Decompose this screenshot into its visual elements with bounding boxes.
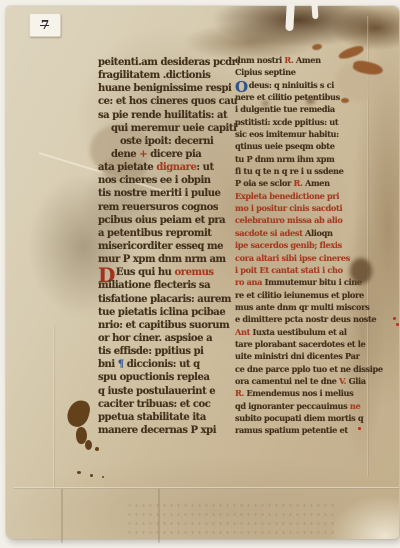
text-segment: qui meremur ueie capiti xyxy=(111,123,236,134)
text-line: ppetua stabilitate ita xyxy=(98,412,240,425)
ink-blot xyxy=(85,440,92,450)
text-line: Ant Iuxta uestibulum et al xyxy=(235,327,363,339)
text-segment: Cipius septine xyxy=(235,67,296,77)
text-segment: mus ante dnm qr multi miscors xyxy=(235,302,369,312)
text-line: ro ana Immutemur bitu i cine xyxy=(235,277,363,289)
text-segment: ata pietate xyxy=(98,162,156,173)
ink-blot xyxy=(65,398,92,429)
text-line: or hor ciner. aspsioe a xyxy=(98,333,240,346)
text-segment: tu P dnm nrm ihm xpm xyxy=(235,154,334,164)
text-line: P oia se sclor R. Amen xyxy=(235,178,363,190)
text-segment: mo i positur cinis sacdoti xyxy=(235,203,342,213)
text-segment: huane benignissime respi xyxy=(98,83,231,94)
text-segment: tue pietatis iclina pcibae xyxy=(98,307,225,318)
text-line: e dimittere pcta nostr deus noste xyxy=(235,314,363,326)
text-segment: ce dne parce pplo tuo et ne dissipe xyxy=(235,364,383,374)
text-segment: tis nostre meriti i pulue xyxy=(98,188,220,199)
text-line: huane benignissime respi xyxy=(98,83,240,96)
text-segment: ne xyxy=(350,401,360,411)
ink-drip xyxy=(90,474,93,477)
text-line: tare plorabant sacerdotes et le xyxy=(235,339,363,351)
red-speck xyxy=(358,427,361,430)
text-line: sa pie rende huilitatis: at xyxy=(98,110,240,123)
text-segment: pstitisti: xcde ppitius: ut xyxy=(235,117,338,127)
text-line: cora altari sibi ipse cineres xyxy=(235,253,363,265)
text-line: i dulgentie tue remedia xyxy=(235,104,363,116)
text-line: tis effisde: ppitius pi xyxy=(98,346,240,359)
text-line: sic eos imitemur habitu: xyxy=(235,129,363,141)
rust-stain xyxy=(312,43,323,51)
text-segment: q iuste postulauerint e xyxy=(98,386,215,397)
text-line: pstitisti: xcde ppitius: ut xyxy=(235,117,363,129)
text-line: ce dne parce pplo tuo et ne dissipe xyxy=(235,364,363,376)
brown-spot xyxy=(262,101,269,106)
text-line: ata pietate dignare: ut xyxy=(98,162,240,175)
text-segment: nrio: et capitibus suorum xyxy=(98,320,229,331)
text-line: misericorditer esseq me xyxy=(98,241,240,254)
ink-drip xyxy=(102,476,104,478)
text-segment: Glia xyxy=(346,376,366,386)
text-segment: nere et cilitio petentibus xyxy=(235,92,340,102)
text-segment: dene xyxy=(111,149,139,160)
text-line: fragilitatem .dictionis xyxy=(98,70,240,83)
text-segment: ce: et hos cineres quos cau xyxy=(98,96,237,107)
text-segment: ro ana xyxy=(235,277,265,287)
text-segment: oremus xyxy=(175,267,214,278)
text-line: ce: et hos cineres quos cau xyxy=(98,96,240,109)
text-segment: rem reuersuros cognos xyxy=(98,202,218,213)
text-segment: peitenti.am desideras pcdr: xyxy=(98,57,240,68)
text-segment: dignare xyxy=(156,162,196,173)
text-segment: dnm nostri xyxy=(235,55,284,65)
text-line: dene + dicere pia xyxy=(98,149,240,162)
text-line: mur P xpm dnm nrm am xyxy=(98,254,240,267)
archival-label-number: 7 xyxy=(41,19,49,31)
text-segment: nos cineres ee i obpin xyxy=(98,175,211,186)
text-line: tisfatione placaris: aurem xyxy=(98,294,240,307)
text-segment: R. xyxy=(235,388,246,398)
text-segment: pcibus oius peiam et pra xyxy=(98,215,225,226)
text-segment: fi tu q te n q re i u ssdene xyxy=(235,166,344,176)
text-line: re et cilitio ieiunemus et plore xyxy=(235,290,363,302)
text-line: sacdote si adest Alioqn xyxy=(235,228,363,240)
red-speck xyxy=(393,317,396,320)
text-line: qtinus ueie pseqm obte xyxy=(235,141,363,153)
text-line: ipe sacerdos genib; flexis xyxy=(235,240,363,252)
text-segment: tare plorabant sacerdotes et le xyxy=(235,339,365,349)
text-segment: Eus qui hu xyxy=(116,267,175,278)
text-line: spu opuctionis replea xyxy=(98,372,240,385)
text-line: Cipius septine xyxy=(235,67,363,79)
text-line: nrio: et capitibus suorum xyxy=(98,320,240,333)
ink-drip xyxy=(95,447,99,451)
manuscript-photo: peitenti.am desideras pcdr:fragilitatem … xyxy=(0,0,400,548)
text-segment: miliatione flecteris sa xyxy=(98,280,210,291)
text-line: caciter tribuas: et coc xyxy=(98,399,240,412)
text-line: DEus qui hu oremus xyxy=(98,267,240,280)
text-segment: Iuxta uestibulum et al xyxy=(253,327,347,337)
text-line: tue pietatis iclina pcibae xyxy=(98,307,240,320)
text-segment: caciter tribuas: et coc xyxy=(98,399,210,410)
top-edge-notch xyxy=(311,4,318,19)
text-line: ramus spatium petentie et xyxy=(235,425,363,437)
text-segment: Emendemus nos i melius xyxy=(246,388,353,398)
text-segment: qd ignoranter peccauimus xyxy=(235,401,350,411)
text-segment: mur P xpm dnm nrm am xyxy=(98,254,226,265)
text-segment: cora altari sibi ipse cineres xyxy=(235,253,350,263)
text-line: nos cineres ee i obpin xyxy=(98,175,240,188)
text-line: qd ignoranter peccauimus ne xyxy=(235,401,363,413)
text-line: tu P dnm nrm ihm xpm xyxy=(235,154,363,166)
text-segment: ipe sacerdos genib; flexis xyxy=(235,240,342,250)
text-line: a petentibus repromit xyxy=(98,228,240,241)
text-segment: subito pocupati diem mortis q xyxy=(235,413,363,423)
vertical-fold-crease xyxy=(61,489,63,543)
text-segment: ramus spatium petentie et xyxy=(235,425,348,435)
text-segment: dicere pia xyxy=(147,149,201,160)
text-line: qui meremur ueie capiti xyxy=(98,123,240,136)
text-line: peitenti.am desideras pcdr: xyxy=(98,57,240,70)
text-line: subito pocupati diem mortis q xyxy=(235,413,363,425)
text-segment: a petentibus repromit xyxy=(98,228,211,239)
text-segment: sic eos imitemur habitu: xyxy=(235,129,339,139)
brown-spot xyxy=(306,98,315,104)
text-segment: re et cilitio ieiunemus et plore xyxy=(235,290,364,300)
text-segment: ora camentui nel te dne xyxy=(235,376,339,386)
text-segment: spu opuctionis replea xyxy=(98,372,209,383)
text-segment: Amen xyxy=(293,55,320,65)
text-segment: Amen xyxy=(302,178,329,188)
text-line: oste ipoit: decerni xyxy=(98,136,240,149)
text-segment: deus: q niniuitis s ci xyxy=(249,80,334,90)
rust-stain xyxy=(341,98,349,103)
text-line: R. Emendemus nos i melius xyxy=(235,388,363,400)
text-line: rem reuersuros cognos xyxy=(98,202,240,215)
text-segment: P oia se sclor xyxy=(235,178,293,188)
text-segment: bni xyxy=(98,359,118,370)
text-line: ora camentui nel te dne V. Glia xyxy=(235,376,363,388)
text-segment: Immutemur bitu i cine xyxy=(265,277,362,287)
top-edge-notch xyxy=(285,4,294,31)
text-line: tis nostre meriti i pulue xyxy=(98,188,240,201)
horizontal-fold-crease xyxy=(14,487,399,489)
text-segment: Expleta benedictione pri xyxy=(235,191,339,201)
text-segment: e dimittere pcta nostr deus noste xyxy=(235,314,376,324)
text-segment: celebraturo missa ab alio xyxy=(235,215,342,225)
ink-drip xyxy=(77,471,81,474)
text-line: miliatione flecteris sa xyxy=(98,280,240,293)
text-column-right: dnm nostri R. AmenCipius septineOdeus: q… xyxy=(235,55,363,438)
text-line: pcibus oius peiam et pra xyxy=(98,215,240,228)
red-speck xyxy=(396,323,399,326)
text-segment: qtinus ueie pseqm obte xyxy=(235,141,335,151)
brown-spot xyxy=(350,258,372,284)
parchment-leaf: peitenti.am desideras pcdr:fragilitatem … xyxy=(6,6,399,539)
text-segment: oste ipoit: decerni xyxy=(120,136,213,147)
text-segment: sacdote si adest xyxy=(235,228,305,238)
text-column-left: peitenti.am desideras pcdr:fragilitatem … xyxy=(98,57,240,438)
text-segment: Alioqn xyxy=(305,228,333,238)
text-segment: + xyxy=(139,149,147,160)
text-line: i poit Et cantat stati i cho xyxy=(235,265,363,277)
text-line: mo i positur cinis sacdoti xyxy=(235,203,363,215)
text-line: uite ministri dni dicentes Par xyxy=(235,351,363,363)
text-segment: fragilitatem .dictionis xyxy=(98,70,210,81)
text-segment: Ant xyxy=(235,327,253,337)
text-segment: diccionis: ut q xyxy=(124,359,200,370)
text-line: q iuste postulauerint e xyxy=(98,386,240,399)
text-line: bni ¶ diccionis: ut q xyxy=(98,359,240,372)
archival-label: 7 xyxy=(29,13,61,37)
text-segment: manere decernas P xpi xyxy=(98,425,216,436)
text-line: fi tu q te n q re i u ssdene xyxy=(235,166,363,178)
text-segment: sa pie rende huilitatis: at xyxy=(98,110,227,121)
text-segment: tisfatione placaris: aurem xyxy=(98,294,231,305)
text-segment: i dulgentie tue remedia xyxy=(235,104,335,114)
text-line: mus ante dnm qr multi miscors xyxy=(235,302,363,314)
text-line: manere decernas P xpi xyxy=(98,425,240,438)
text-segment: uite ministri dni dicentes Par xyxy=(235,351,360,361)
text-line: celebraturo missa ab alio xyxy=(235,215,363,227)
text-line: Odeus: q niniuitis s ci xyxy=(235,80,363,92)
text-line: Expleta benedictione pri xyxy=(235,191,363,203)
text-segment: ppetua stabilitate ita xyxy=(98,412,206,423)
text-segment: i poit Et cantat stati i cho xyxy=(235,265,343,275)
text-segment: or hor ciner. aspsioe a xyxy=(98,333,212,344)
text-segment: misericorditer esseq me xyxy=(98,241,223,252)
text-segment: tis effisde: ppitius pi xyxy=(98,346,203,357)
vertical-fold-crease xyxy=(53,326,55,488)
text-segment: : ut xyxy=(196,162,213,173)
speckled-texture-band xyxy=(126,501,336,537)
